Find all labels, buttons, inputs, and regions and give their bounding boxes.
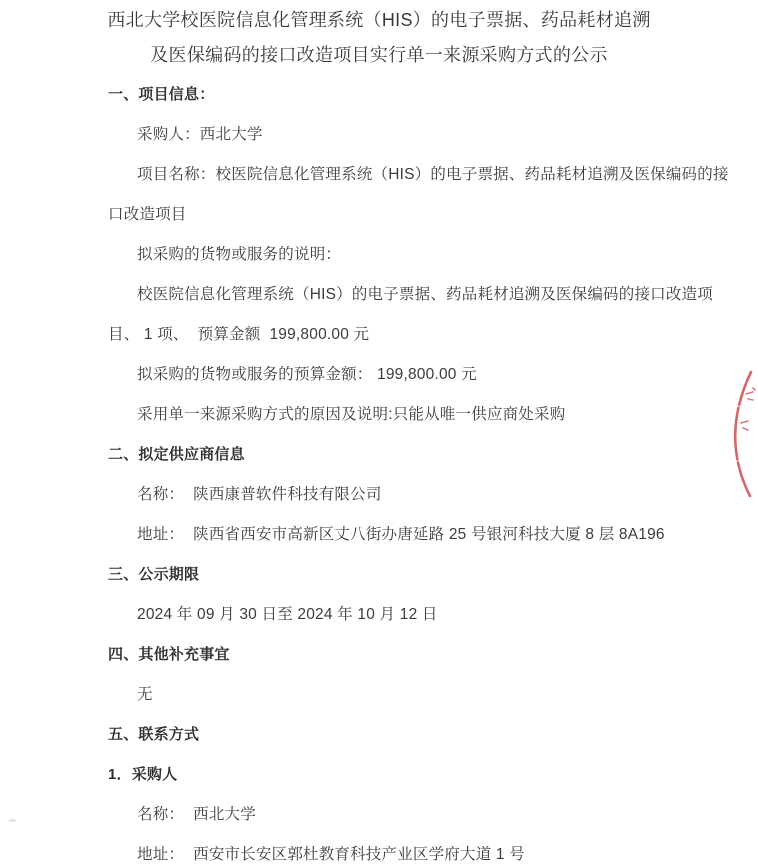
field-contact-buyer-name: 名称： 西北大学 xyxy=(137,795,256,835)
field-goods-desc-label: 拟采购的货物或服务的说明： xyxy=(137,235,341,275)
field-goods-desc-line-1: 校医院信息化管理系统（HIS）的电子票据、药品耗材追溯及医保编码的接口改造项 xyxy=(137,275,713,315)
field-project-name-line-1: 项目名称：校医院信息化管理系统（HIS）的电子票据、药品耗材追溯及医保编码的接 xyxy=(137,155,729,195)
section-heading-contact: 五、联系方式 xyxy=(108,715,199,755)
document-title-line-2: 及医保编码的接口改造项目实行单一来源采购方式的公示 xyxy=(0,37,758,73)
field-contact-buyer-address: 地址： 西安市长安区郭杜教育科技产业区学府大道 1 号 xyxy=(137,835,525,868)
document-title-line-1: 西北大学校医院信息化管理系统（HIS）的电子票据、药品耗材追溯 xyxy=(0,2,758,38)
field-budget-amount: 拟采购的货物或服务的预算金额： 199,800.00 元 xyxy=(137,355,477,395)
field-project-name-line-2: 口改造项目 xyxy=(108,195,187,235)
field-supplier-address: 地址： 陕西省西安市高新区丈八街办唐延路 25 号银河科技大厦 8 层 8A19… xyxy=(137,515,665,555)
section-heading-project-info: 一、项目信息： xyxy=(108,75,214,115)
field-goods-desc-line-2: 目、 1 项、 预算金额 199,800.00 元 xyxy=(108,315,369,355)
section-heading-publicity-period: 三、公示期限 xyxy=(108,555,199,595)
announcement-document: 西北大学校医院信息化管理系统（HIS）的电子票据、药品耗材追溯 及医保编码的接口… xyxy=(0,0,758,868)
official-red-seal-icon xyxy=(726,355,758,515)
scan-artifact xyxy=(9,819,16,822)
section-heading-supplier: 二、拟定供应商信息 xyxy=(108,435,245,475)
section-heading-other-matters: 四、其他补充事宜 xyxy=(108,635,230,675)
subheading-contact-buyer: 1．采购人 xyxy=(108,755,177,795)
field-supplier-name: 名称： 陕西康普软件科技有限公司 xyxy=(137,475,382,515)
field-publicity-period: 2024 年 09 月 30 日至 2024 年 10 月 12 日 xyxy=(137,595,438,635)
field-single-source-reason: 采用单一来源采购方式的原因及说明:只能从唯一供应商处采购 xyxy=(137,395,565,435)
field-buyer: 采购人：西北大学 xyxy=(137,115,263,155)
field-other-matters-content: 无 xyxy=(137,675,153,715)
